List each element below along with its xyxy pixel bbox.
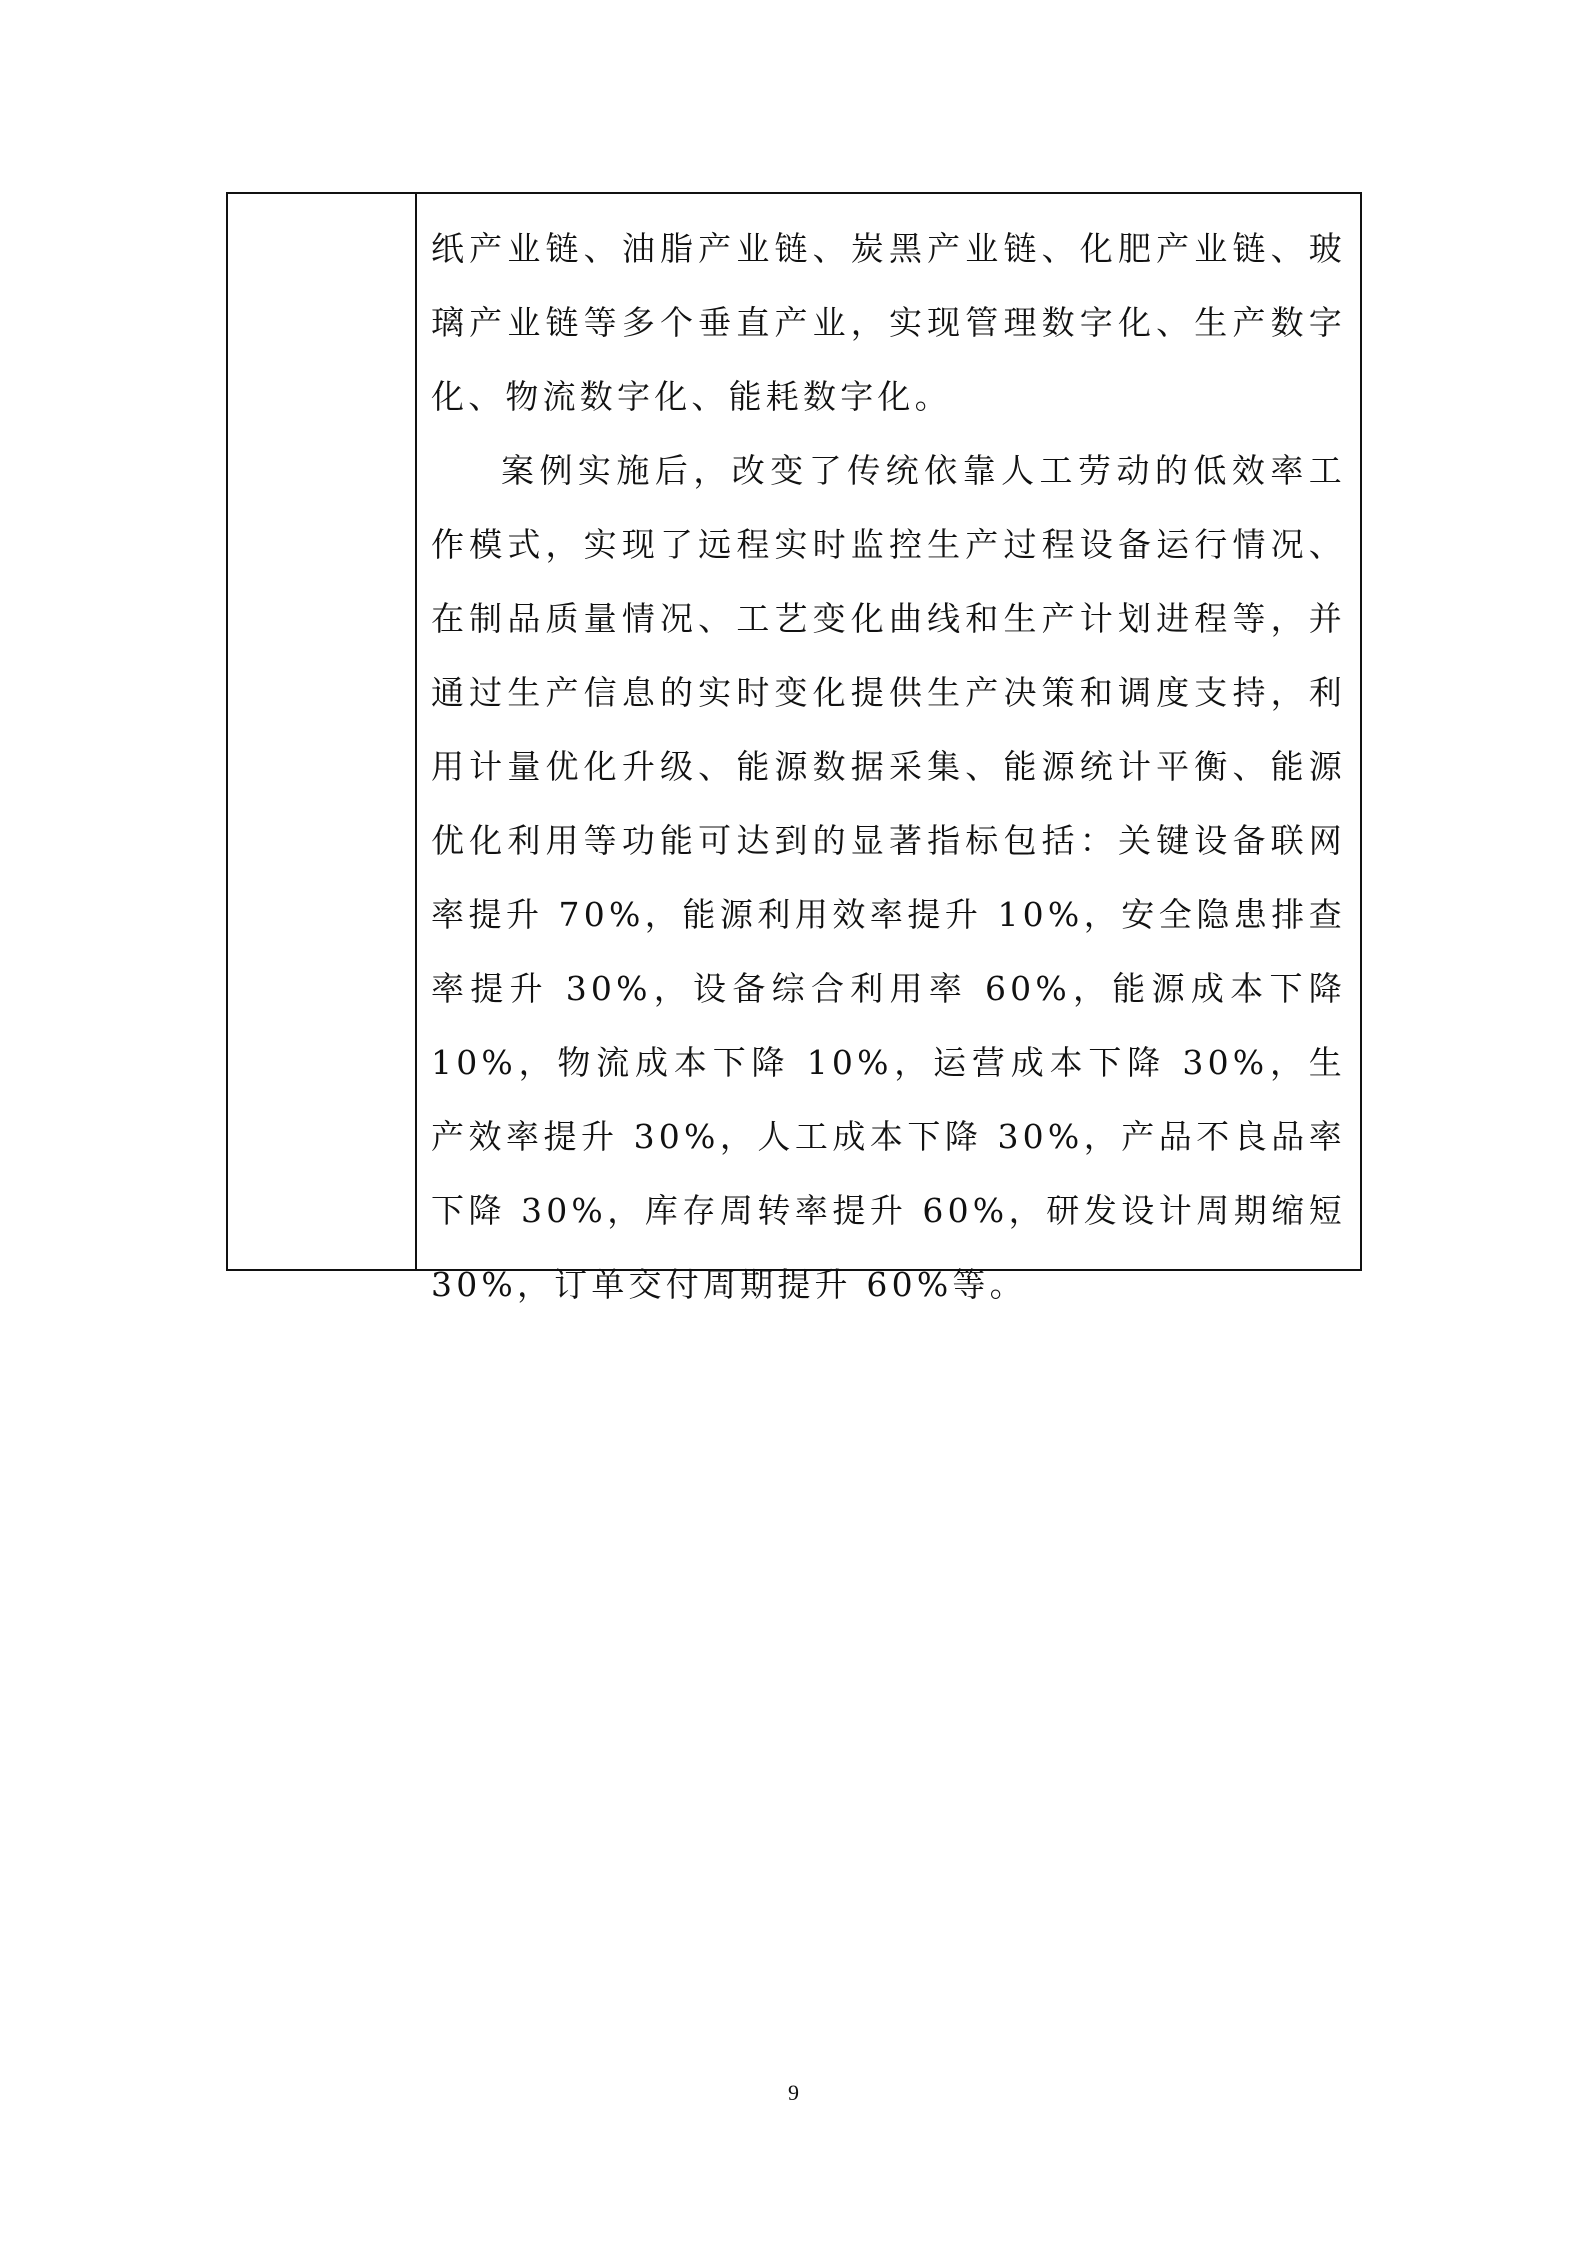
content-table: 纸产业链、油脂产业链、炭黑产业链、化肥产业链、玻璃产业链等多个垂直产业，实现管理… — [226, 192, 1362, 1271]
table-right-cell: 纸产业链、油脂产业链、炭黑产业链、化肥产业链、玻璃产业链等多个垂直产业，实现管理… — [417, 194, 1360, 1269]
paragraph-industry-chains: 纸产业链、油脂产业链、炭黑产业链、化肥产业链、玻璃产业链等多个垂直产业，实现管理… — [431, 212, 1346, 434]
table-left-cell — [228, 194, 417, 1269]
page-number: 9 — [0, 2080, 1587, 2106]
paragraph-implementation-results: 案例实施后，改变了传统依靠人工劳动的低效率工作模式，实现了远程实时监控生产过程设… — [431, 434, 1346, 1322]
